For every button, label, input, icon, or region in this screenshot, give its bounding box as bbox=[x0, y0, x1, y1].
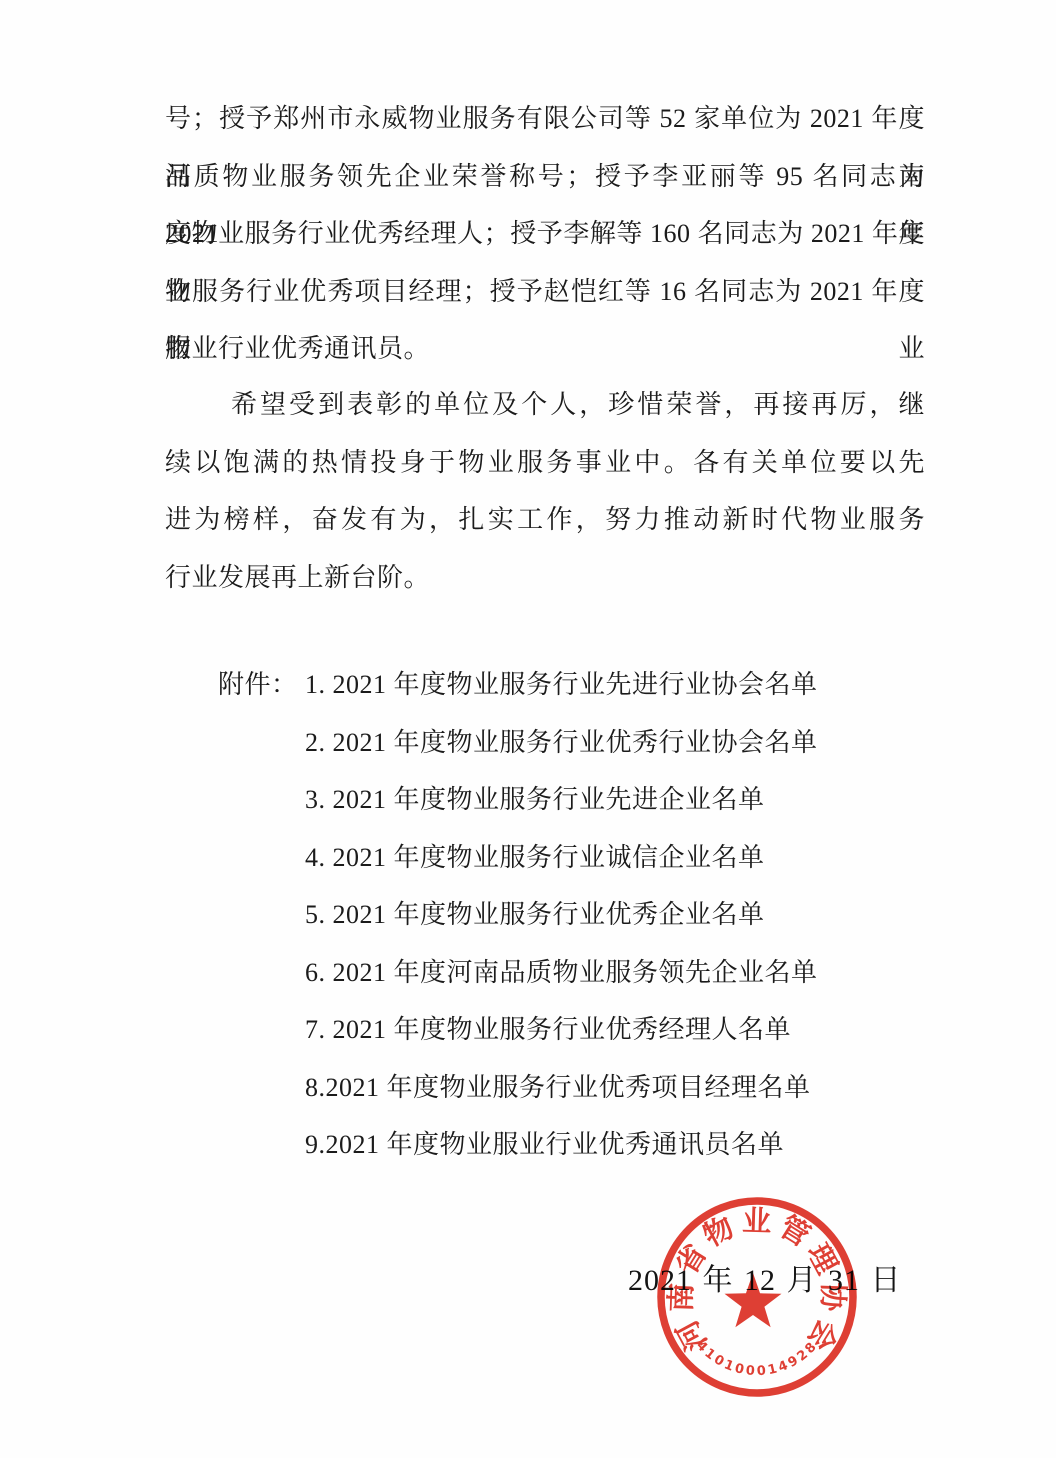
attachment-item: 4. 2021 年度物业服务行业诚信企业名单 bbox=[305, 829, 958, 887]
body-paragraph-1: 号；授予郑州市永威物业服务有限公司等 52 家单位为 2021 年度河南 品质物… bbox=[165, 90, 925, 378]
attachments-list: 附件： 1. 2021 年度物业服务行业先进行业协会名单 2. 2021 年度物… bbox=[218, 656, 958, 1174]
text-line: 业服务行业优秀项目经理；授予赵恺红等 16 名同志为 2021 年度物业 bbox=[165, 263, 925, 321]
text-line: 度物业服务行业优秀经理人；授予李解等 160 名同志为 2021 年度物 bbox=[165, 205, 925, 263]
text-line: 进为榜样，奋发有为，扎实工作，努力推动新时代物业服务 bbox=[165, 491, 925, 549]
text-line: 行业发展再上新台阶。 bbox=[165, 549, 925, 607]
text-line: 续以饱满的热情投身于物业服务事业中。各有关单位要以先 bbox=[165, 434, 925, 492]
attachment-item: 8.2021 年度物业服务行业优秀项目经理名单 bbox=[305, 1059, 958, 1117]
official-seal: 河南省物业管理协会 4101000149287 bbox=[651, 1191, 863, 1403]
attachment-item: 3. 2021 年度物业服务行业先进企业名单 bbox=[305, 771, 958, 829]
text-line: 号；授予郑州市永威物业服务有限公司等 52 家单位为 2021 年度河南 bbox=[165, 90, 925, 148]
seal-star-icon bbox=[725, 1273, 782, 1327]
attachment-item: 7. 2021 年度物业服务行业优秀经理人名单 bbox=[305, 1001, 958, 1059]
body-paragraph-2: 希望受到表彰的单位及个人，珍惜荣誉，再接再厉，继 续以饱满的热情投身于物业服务事… bbox=[165, 376, 925, 606]
attachment-item: 9.2021 年度物业服业行业优秀通讯员名单 bbox=[305, 1116, 958, 1174]
attachments-label: 附件： bbox=[218, 656, 305, 714]
attachment-item: 1. 2021 年度物业服务行业先进行业协会名单 bbox=[305, 656, 818, 714]
attachment-item: 6. 2021 年度河南品质物业服务领先企业名单 bbox=[305, 944, 958, 1002]
text-line: 品质物业服务领先企业荣誉称号；授予李亚丽等 95 名同志为 2021 年 bbox=[165, 148, 925, 206]
attachment-item: 5. 2021 年度物业服务行业优秀企业名单 bbox=[305, 886, 958, 944]
attachment-item: 2. 2021 年度物业服务行业优秀行业协会名单 bbox=[305, 714, 958, 772]
text-line: 希望受到表彰的单位及个人，珍惜荣誉，再接再厉，继 bbox=[165, 376, 925, 434]
document-page: 号；授予郑州市永威物业服务有限公司等 52 家单位为 2021 年度河南 品质物… bbox=[0, 0, 1056, 1458]
